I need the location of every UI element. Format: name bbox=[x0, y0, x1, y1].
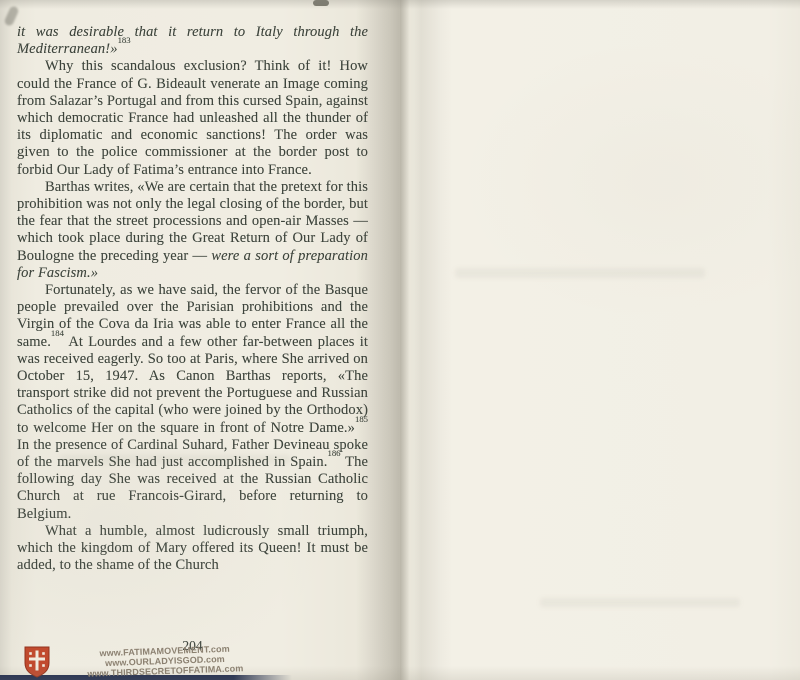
right-page: in France, that several bishops refused … bbox=[400, 0, 800, 680]
text-segment: What a humble, almost ludicrously small … bbox=[17, 523, 368, 573]
left-page-text: it was desirable that it return to Italy… bbox=[17, 24, 368, 575]
left-page: it was desirable that it return to Italy… bbox=[0, 0, 400, 680]
footnote-ref: 185 bbox=[355, 414, 368, 424]
paragraph: Why this scandalous exclusion? Think of … bbox=[17, 58, 368, 178]
text-segment: Why this scandalous exclusion? Think of … bbox=[17, 58, 368, 177]
paragraph: it was desirable that it return to Italy… bbox=[17, 24, 368, 58]
paragraph: What a humble, almost ludicrously small … bbox=[17, 523, 368, 575]
footnote-ref: 183 bbox=[118, 35, 131, 45]
fatima-shield-logo bbox=[22, 646, 52, 678]
text-segment: At Lourdes and a few other far-between p… bbox=[17, 334, 368, 436]
book-spread: it was desirable that it return to Italy… bbox=[0, 0, 800, 680]
paragraph: Fortunately, as we have said, the fervor… bbox=[17, 282, 368, 523]
footnote-ref: 186 bbox=[327, 448, 340, 458]
paragraph: Barthas writes, «We are certain that the… bbox=[17, 179, 368, 282]
text-segment: it was desirable that it return to Italy… bbox=[17, 24, 368, 57]
text-segment: In the presence of Cardinal Suhard, Fath… bbox=[17, 437, 368, 470]
footnote-ref: 184 bbox=[51, 328, 64, 338]
